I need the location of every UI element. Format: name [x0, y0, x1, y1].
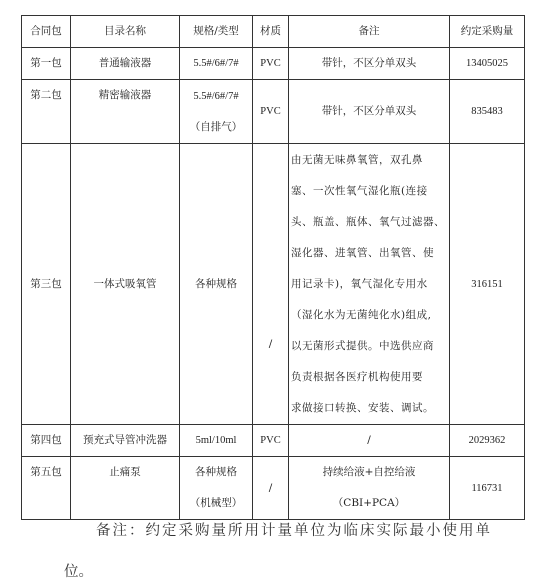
table-row: 第二包 精密输液器 5.5#/6#/7# （自排气） PVC 带针，不区分单双头… — [22, 80, 525, 144]
cell-name: 普通输液器 — [71, 48, 180, 80]
notes-line: 求做接口转换、安装、调试。 — [291, 393, 447, 424]
spec-line: 各种规格 — [180, 457, 252, 488]
spec-line: 5.5#/6#/7# — [180, 81, 252, 112]
cell-name: 止痛泵 — [71, 457, 180, 520]
cell-package: 第二包 — [22, 80, 71, 144]
spec-line: （机械型） — [180, 488, 252, 519]
header-quantity: 约定采购量 — [450, 16, 525, 48]
notes-line: 头、瓶盖、瓶体、氧气过滤器、 — [291, 207, 447, 238]
cell-quantity: 835483 — [450, 80, 525, 144]
cell-material: PVC — [253, 48, 289, 80]
cell-package: 第一包 — [22, 48, 71, 80]
cell-spec: 各种规格 （机械型） — [180, 457, 253, 520]
cell-notes: 由无菌无味鼻氧管，双孔鼻 塞、一次性氧气湿化瓶(连接 头、瓶盖、瓶体、氧气过滤器… — [289, 144, 450, 425]
table-row: 第三包 一体式吸氧管 各种规格 / 由无菌无味鼻氧管，双孔鼻 塞、一次性氧气湿化… — [22, 144, 525, 425]
notes-line: 以无菌形式提供。中选供应商 — [291, 331, 447, 362]
notes-line: 塞、一次性氧气湿化瓶(连接 — [291, 176, 447, 207]
cell-notes: 带针，不区分单双头 — [289, 48, 450, 80]
notes-line: 持续给液+自控给液 — [289, 457, 449, 488]
cell-quantity: 316151 — [450, 144, 525, 425]
notes-line: 湿化器、进氧管、出氧管、使 — [291, 238, 447, 269]
footnote-line-1: 备注：约定采购量所用计量单位为临床实际最小使用单 — [96, 519, 492, 540]
cell-quantity: 116731 — [450, 457, 525, 520]
header-package: 合同包 — [22, 16, 71, 48]
footnote-line-2: 位。 — [64, 560, 93, 581]
header-notes: 备注 — [289, 16, 450, 48]
header-name: 目录名称 — [71, 16, 180, 48]
cell-package: 第五包 — [22, 457, 71, 520]
table-row: 第四包 预充式导管冲洗器 5ml/10ml PVC / 2029362 — [22, 425, 525, 457]
cell-package: 第四包 — [22, 425, 71, 457]
table-row: 第五包 止痛泵 各种规格 （机械型） / 持续给液+自控给液 （CBI+PCA）… — [22, 457, 525, 520]
header-material: 材质 — [253, 16, 289, 48]
notes-line: （CBI+PCA） — [289, 488, 449, 519]
cell-notes: / — [289, 425, 450, 457]
cell-material: PVC — [253, 425, 289, 457]
cell-name: 预充式导管冲洗器 — [71, 425, 180, 457]
cell-spec: 5ml/10ml — [180, 425, 253, 457]
cell-spec: 各种规格 — [180, 144, 253, 425]
cell-spec: 5.5#/6#/7# — [180, 48, 253, 80]
notes-line: 负责根据各医疗机构使用要 — [291, 362, 447, 393]
cell-name: 一体式吸氧管 — [71, 144, 180, 425]
cell-material: PVC — [253, 80, 289, 144]
table-header-row: 合同包 目录名称 规格/类型 材质 备注 约定采购量 — [22, 16, 525, 48]
cell-material: / — [253, 457, 289, 520]
table-row: 第一包 普通输液器 5.5#/6#/7# PVC 带针，不区分单双头 13405… — [22, 48, 525, 80]
cell-spec: 5.5#/6#/7# （自排气） — [180, 80, 253, 144]
notes-line: （湿化水为无菌纯化水)组成, — [291, 300, 447, 331]
header-spec: 规格/类型 — [180, 16, 253, 48]
cell-quantity: 13405025 — [450, 48, 525, 80]
cell-package: 第三包 — [22, 144, 71, 425]
cell-material: / — [253, 144, 289, 425]
notes-line: 用记录卡)，氧气湿化专用水 — [291, 269, 447, 300]
procurement-table: 合同包 目录名称 规格/类型 材质 备注 约定采购量 第一包 普通输液器 5.5… — [21, 15, 525, 520]
cell-quantity: 2029362 — [450, 425, 525, 457]
spec-line: （自排气） — [180, 112, 252, 143]
cell-notes: 持续给液+自控给液 （CBI+PCA） — [289, 457, 450, 520]
cell-name: 精密输液器 — [71, 80, 180, 144]
cell-notes: 带针，不区分单双头 — [289, 80, 450, 144]
notes-line: 由无菌无味鼻氧管，双孔鼻 — [291, 145, 447, 176]
